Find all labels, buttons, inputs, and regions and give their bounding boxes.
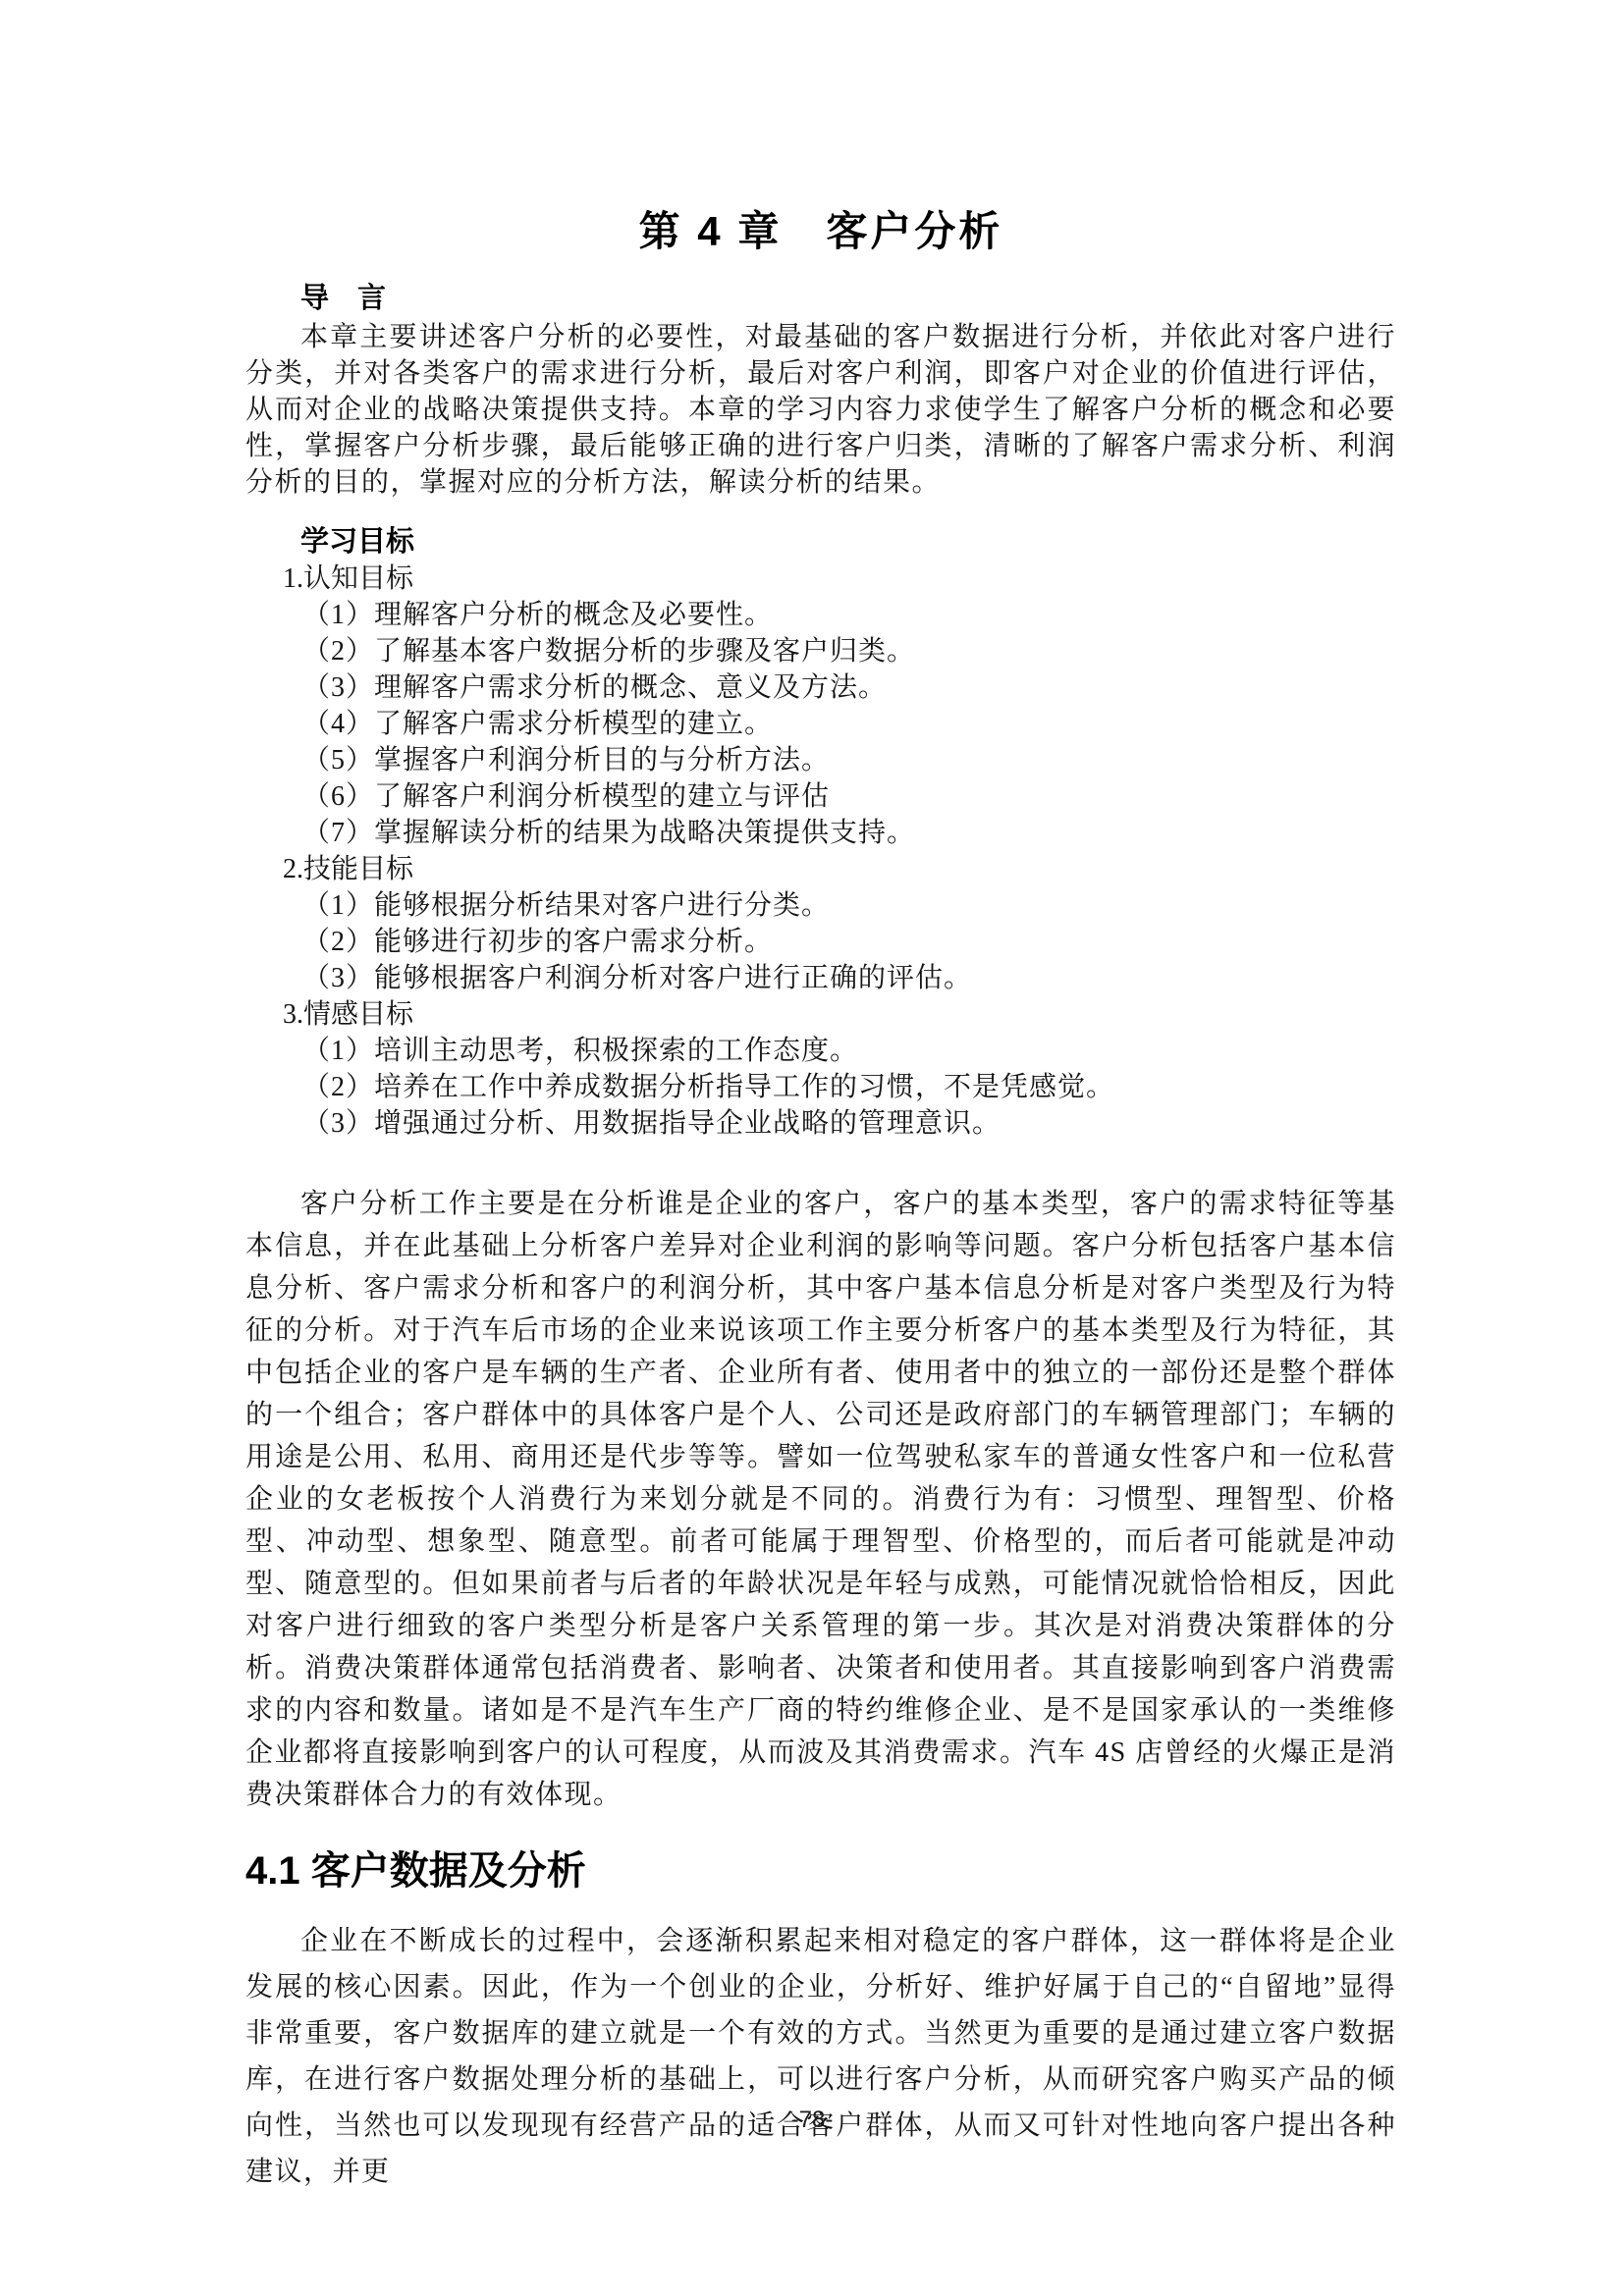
- intro-paragraph: 本章主要讲述客户分析的必要性，对最基础的客户数据进行分析，并依此对客户进行分类，…: [245, 319, 1396, 501]
- objective-group-label: 1.认知目标: [245, 561, 1396, 597]
- objective-group-cognitive: 1.认知目标 （1）理解客户分析的概念及必要性。 （2）了解基本客户数据分析的步…: [245, 561, 1396, 851]
- objective-item: （3）理解客户需求分析的概念、意义及方法。: [245, 669, 1396, 706]
- objectives-heading: 学习目标: [245, 524, 1396, 561]
- objective-group-label: 3.情感目标: [245, 996, 1396, 1033]
- section-paragraph-customer-data: 企业在不断成长的过程中，会逐渐积累起来相对稳定的客户群体，这一群体将是企业发展的…: [245, 1918, 1396, 2195]
- body-paragraph-customer-analysis: 客户分析工作主要是在分析谁是企业的客户，客户的基本类型，客户的需求特征等基本信息…: [245, 1183, 1396, 1816]
- objective-group-affective: 3.情感目标 （1）培训主动思考，积极探索的工作态度。 （2）培养在工作中养成数…: [245, 996, 1396, 1142]
- objective-item: （2）能够进行初步的客户需求分析。: [245, 924, 1396, 960]
- objective-item: （1）能够根据分析结果对客户进行分类。: [245, 887, 1396, 924]
- page-content: 第 4 章 客户分析 导 言 本章主要讲述客户分析的必要性，对最基础的客户数据进…: [0, 0, 1624, 2195]
- objective-item: （3）增强通过分析、用数据指导企业战略的管理意识。: [245, 1105, 1396, 1142]
- chapter-title: 第 4 章 客户分析: [245, 206, 1396, 257]
- objective-item: （6）了解客户利润分析模型的建立与评估: [245, 778, 1396, 815]
- objective-group-label: 2.技能目标: [245, 851, 1396, 887]
- objective-item: （2）了解基本客户数据分析的步骤及客户归类。: [245, 633, 1396, 669]
- objective-group-skill: 2.技能目标 （1）能够根据分析结果对客户进行分类。 （2）能够进行初步的客户需…: [245, 851, 1396, 996]
- objective-item: （5）掌握客户利润分析目的与分析方法。: [245, 742, 1396, 778]
- objective-item: （1）培训主动思考，积极探索的工作态度。: [245, 1033, 1396, 1069]
- objective-item: （2）培养在工作中养成数据分析指导工作的习惯，不是凭感觉。: [245, 1069, 1396, 1105]
- objective-item: （4）了解客户需求分析模型的建立。: [245, 706, 1396, 742]
- section-heading-4-1: 4.1 客户数据及分析: [245, 1845, 1396, 1896]
- objective-item: （3）能够根据客户利润分析对客户进行正确的评估。: [245, 960, 1396, 996]
- intro-heading: 导 言: [245, 281, 1396, 317]
- objective-item: （7）掌握解读分析的结果为战略决策提供支持。: [245, 815, 1396, 851]
- page-number: -78-: [0, 2107, 1624, 2134]
- objective-item: （1）理解客户分析的概念及必要性。: [245, 597, 1396, 633]
- document-page: 第 4 章 客户分析 导 言 本章主要讲述客户分析的必要性，对最基础的客户数据进…: [0, 0, 1624, 2296]
